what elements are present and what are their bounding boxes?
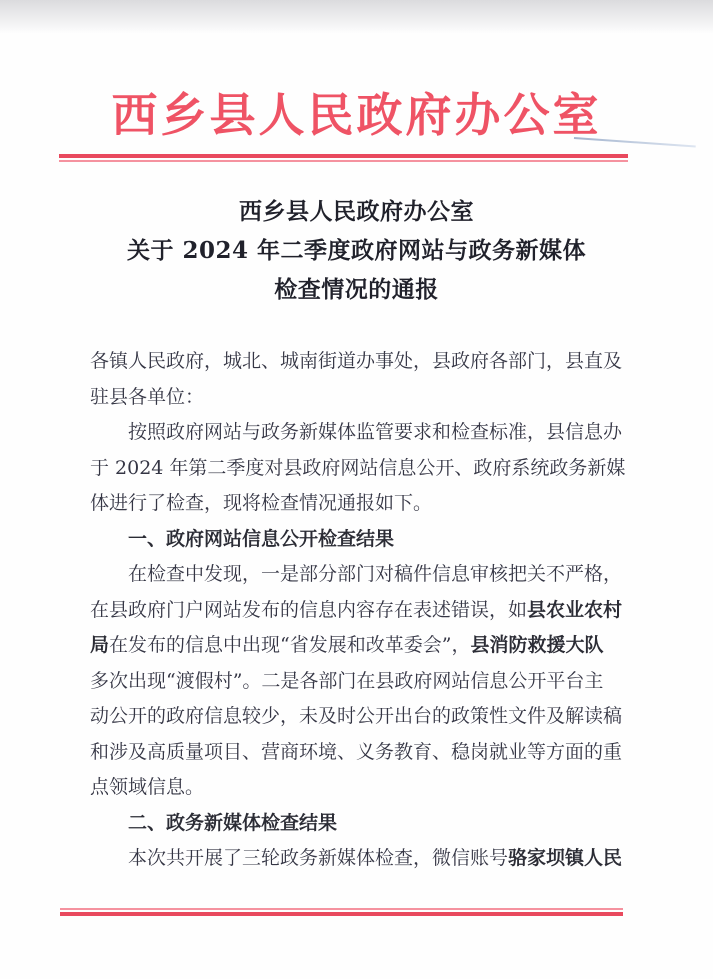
text-run: 驻县各单位： — [90, 386, 204, 408]
header-red-separator-rule — [59, 154, 628, 162]
text-run: 动公开的政府信息较少，未及时公开出台的政策性文件及解读稿 — [90, 705, 622, 727]
section-heading: 二、政务新媒体检查结果 — [90, 806, 635, 842]
text-run: 多次出现“渡假村”。二是各部门在县政府网站信息公开平台主 — [90, 670, 603, 692]
scan-shadow-artifact — [0, 0, 713, 34]
text-run: 在检查中发现，一是部分部门对稿件信息审核把关不严格， — [128, 563, 622, 585]
document-title-line-2: 关于 2024 年二季度政府网站与政务新媒体 — [0, 231, 713, 270]
text-run: 和涉及高质量项目、营商环境、义务教育、稳岗就业等方面的重 — [90, 741, 622, 763]
rule-thick-line — [60, 912, 623, 916]
text-run: 体进行了检查，现将检查情况通报如下。 — [90, 492, 432, 514]
document-title: 西乡县人民政府办公室 关于 2024 年二季度政府网站与政务新媒体 检查情况的通… — [0, 192, 713, 309]
footer-red-separator-rule — [60, 908, 623, 916]
letterhead-title: 西乡县人民政府办公室 — [0, 88, 713, 142]
section-heading: 一、政府网站信息公开检查结果 — [90, 522, 635, 558]
body-line: 于 2024 年第二季度对县政府网站信息公开、政府系统政务新媒 — [90, 451, 635, 487]
text-run: 在县政府门户网站发布的信息内容存在表述错误，如 — [90, 599, 527, 621]
text-run: 于 2024 年第二季度对县政府网站信息公开、政府系统政务新媒 — [90, 457, 625, 479]
rule-thin-line — [59, 160, 628, 162]
emphasis-text: 二、政务新媒体检查结果 — [128, 812, 337, 834]
body-line: 各镇人民政府，城北、城南街道办事处，县政府各部门，县直及 — [90, 344, 635, 380]
body-line: 按照政府网站与政务新媒体监管要求和检查标准，县信息办 — [90, 415, 635, 451]
text-run: 点领域信息。 — [90, 776, 204, 798]
document-title-line-1: 西乡县人民政府办公室 — [0, 192, 713, 231]
text-run: 本次共开展了三轮政务新媒体检查，微信账号 — [128, 847, 508, 869]
document-page: 西乡县人民政府办公室 西乡县人民政府办公室 关于 2024 年二季度政府网站与政… — [0, 0, 713, 979]
body-line: 和涉及高质量项目、营商环境、义务教育、稳岗就业等方面的重 — [90, 735, 635, 771]
body-line: 局在发布的信息中出现“省发展和改革委会”，县消防救援大队 — [90, 628, 635, 664]
text-run: 按照政府网站与政务新媒体监管要求和检查标准，县信息办 — [128, 421, 622, 443]
emphasis-text: 骆家坝镇人民 — [508, 847, 622, 869]
body-line: 点领域信息。 — [90, 770, 635, 806]
body-line: 动公开的政府信息较少，未及时公开出台的政策性文件及解读稿 — [90, 699, 635, 735]
body-line: 体进行了检查，现将检查情况通报如下。 — [90, 486, 635, 522]
text-run: 各镇人民政府，城北、城南街道办事处，县政府各部门，县直及 — [90, 350, 622, 372]
body-line: 本次共开展了三轮政务新媒体检查，微信账号骆家坝镇人民 — [90, 841, 635, 877]
document-body: 各镇人民政府，城北、城南街道办事处，县政府各部门，县直及驻县各单位：按照政府网站… — [90, 344, 635, 877]
emphasis-text: 县消防救援大队 — [470, 634, 603, 656]
emphasis-text: 局 — [90, 634, 109, 656]
emphasis-text: 县农业农村 — [527, 599, 622, 621]
body-line: 驻县各单位： — [90, 380, 635, 416]
text-run: 在发布的信息中出现“省发展和改革委会”， — [109, 634, 470, 656]
body-line: 多次出现“渡假村”。二是各部门在县政府网站信息公开平台主 — [90, 664, 635, 700]
body-line: 在检查中发现，一是部分部门对稿件信息审核把关不严格， — [90, 557, 635, 593]
emphasis-text: 一、政府网站信息公开检查结果 — [128, 528, 394, 550]
document-title-line-3: 检查情况的通报 — [0, 270, 713, 309]
body-line: 在县政府门户网站发布的信息内容存在表述错误，如县农业农村 — [90, 593, 635, 629]
